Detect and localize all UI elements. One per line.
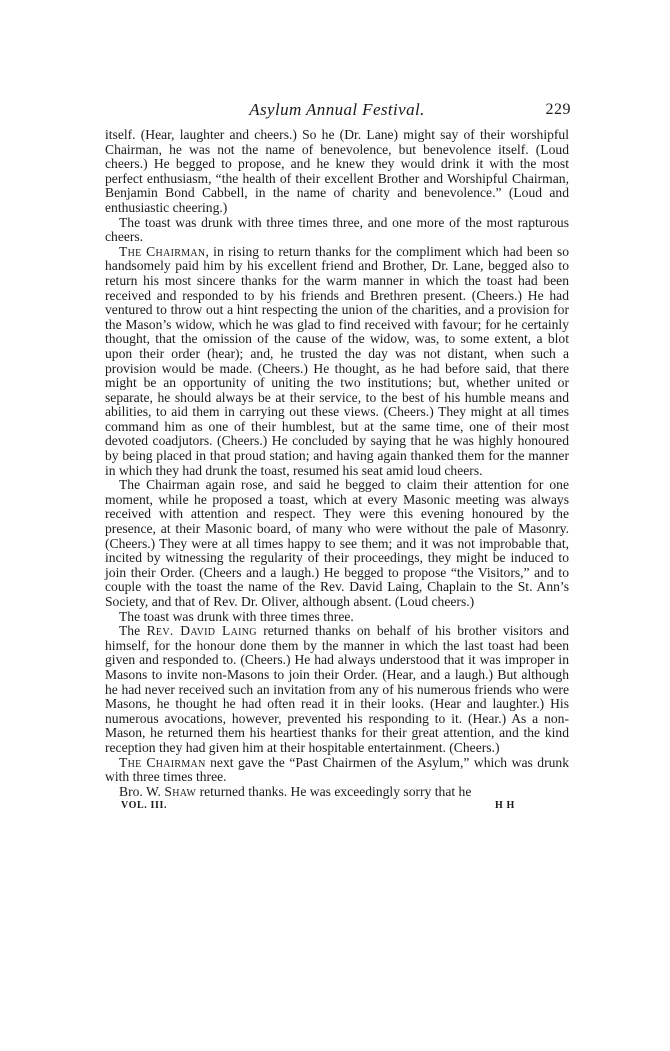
- paragraph: The Rev. David Laing returned thanks on …: [105, 624, 569, 755]
- paragraph: The toast was drunk with three times thr…: [105, 216, 569, 245]
- paragraph-text: , in rising to return thanks for the com…: [105, 244, 569, 478]
- paragraph: The Chairman next gave the “Past Chairme…: [105, 756, 569, 785]
- paragraph-text: Bro. W.: [119, 784, 164, 799]
- paragraph-text: The Chairman again rose, and said he beg…: [105, 477, 569, 609]
- paragraph-text: The toast was drunk with three times thr…: [105, 215, 569, 245]
- paragraph: The Chairman, in rising to return thanks…: [105, 245, 569, 479]
- paragraph-text: The toast was drunk with three times thr…: [119, 609, 354, 624]
- speaker-name: The Chairman: [119, 755, 206, 770]
- page-footer: VOL. III. H H: [105, 800, 569, 814]
- speaker-name: Shaw: [164, 784, 196, 799]
- volume-mark: VOL. III.: [121, 800, 167, 811]
- paragraph: Bro. W. Shaw returned thanks. He was exc…: [105, 785, 569, 800]
- paragraph: The toast was drunk with three times thr…: [105, 610, 569, 625]
- page-number: 229: [546, 101, 572, 119]
- paragraph-text: returned thanks. He was exceedingly sorr…: [196, 784, 471, 799]
- signature-mark: H H: [495, 800, 515, 811]
- body-text: itself. (Hear, laughter and cheers.) So …: [105, 128, 569, 799]
- running-head: Asylum Annual Festival. 229: [105, 100, 569, 120]
- paragraph: The Chairman again rose, and said he beg…: [105, 478, 569, 609]
- paragraph-text: returned thanks on behalf of his brother…: [105, 623, 569, 755]
- paragraph: itself. (Hear, laughter and cheers.) So …: [105, 128, 569, 216]
- paragraph-text: itself. (Hear, laughter and cheers.) So …: [105, 127, 569, 215]
- speaker-name: Rev. David Laing: [147, 623, 257, 638]
- running-title: Asylum Annual Festival.: [105, 100, 569, 120]
- speaker-name: The Chairman: [119, 244, 205, 259]
- paragraph-text: The: [119, 623, 147, 638]
- book-page: Asylum Annual Festival. 229 itself. (Hea…: [105, 100, 569, 814]
